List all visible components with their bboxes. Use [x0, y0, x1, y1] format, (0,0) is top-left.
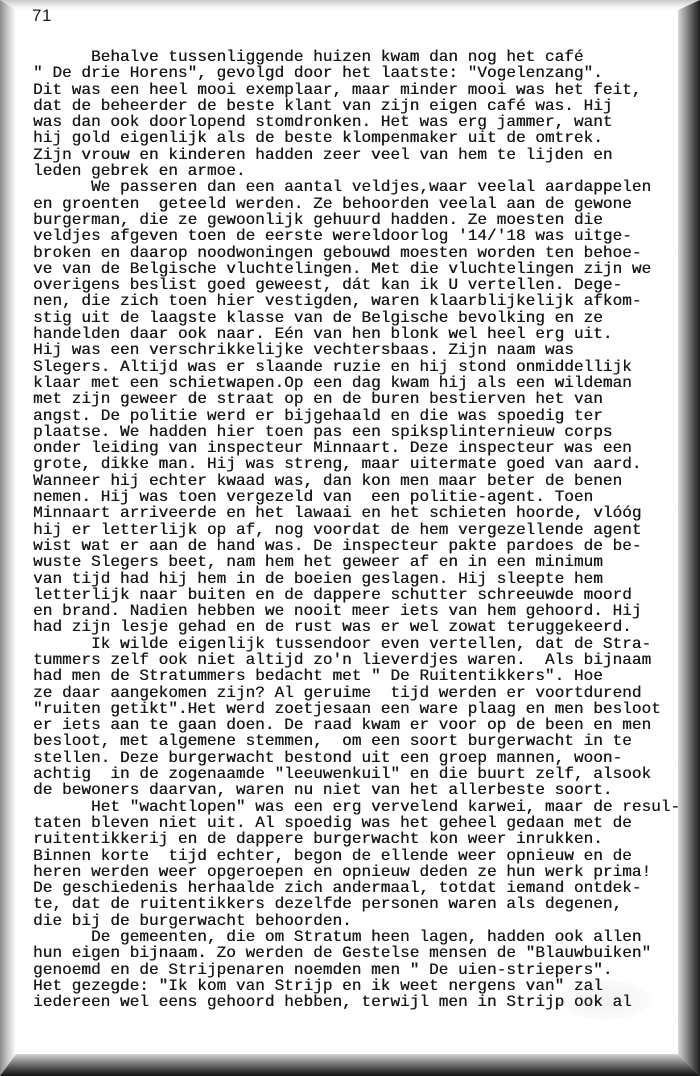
- text-line: wuste Slegers beet, nam hem het geweer a…: [33, 554, 673, 570]
- text-line: De gemeenten, die om Stratum heen lagen,…: [33, 929, 673, 945]
- text-line: ruitentikkerij en de dappere burgerwacht…: [33, 831, 673, 847]
- text-line: veldjes afgeven toen de eerste wereldoor…: [33, 228, 673, 244]
- text-line: Minnaart arriveerde en het lawaai en het…: [33, 505, 673, 521]
- text-line: Slegers. Altijd was er slaande ruzie en …: [33, 359, 673, 375]
- text-line: had zijn lesje gehad en de rust was er w…: [33, 619, 673, 635]
- text-line: stellen. Deze burgerwacht bestond uit ee…: [33, 750, 673, 766]
- text-line: hij gold eigenlijk als de beste klompenm…: [33, 130, 673, 146]
- text-line: overigens beslist goed geweest, dát kan …: [33, 277, 673, 293]
- text-line: "ruiten getikt".Het werd zoetjesaan een …: [33, 701, 673, 717]
- text-line: tummers zelf ook niet altijd zo'n liever…: [33, 652, 673, 668]
- document-page: 71 Behalve tussenliggende huizen kwam da…: [0, 0, 700, 1076]
- text-line: er iets aan te gaan doen. De raad kwam e…: [33, 717, 673, 733]
- text-line: en brand. Nadien hebben we nooit meer ie…: [33, 603, 673, 619]
- text-line: Het "wachtlopen" was een erg vervelend k…: [33, 799, 673, 815]
- text-line: leden gebrek en armoe.: [33, 163, 673, 179]
- text-line: " De drie Horens", gevolgd door het laat…: [33, 65, 673, 81]
- text-line: achtig in de zogenaamde "leeuwenkuil" en…: [33, 766, 673, 782]
- text-line: We passeren dan een aantal veldjes,waar …: [33, 179, 673, 195]
- text-line: nen, die zich toen hier vestigden, waren…: [33, 293, 673, 309]
- text-line: taten bleven niet uit. Al spoedig was he…: [33, 815, 673, 831]
- text-line: onder leiding van inspecteur Minnaart. D…: [33, 440, 673, 456]
- text-line: plaatse. We hadden hier toen pas een spi…: [33, 424, 673, 440]
- text-line: besloot, met algemene stemmen, om een so…: [33, 733, 673, 749]
- text-line: ze daar aangekomen zijn? Al geruime tijd…: [33, 685, 673, 701]
- text-line: broken en daarop noodwoningen gebouwd mo…: [33, 245, 673, 261]
- text-line: nemen. Hij was toen vergezeld van een po…: [33, 489, 673, 505]
- text-line: wist wat er aan de hand was. De inspecte…: [33, 538, 673, 554]
- text-line: hij er letterlijk op af, nog voordat de …: [33, 522, 673, 538]
- text-line: van tijd had hij hem in de boeien geslag…: [33, 571, 673, 587]
- frame-border-right: [678, 0, 700, 1076]
- text-line: dat de beheerder de beste klant van zijn…: [33, 98, 673, 114]
- frame-border-top: [0, 0, 700, 10]
- text-line: die bij de burgerwacht behoorden.: [33, 913, 673, 929]
- text-line: met zijn geweer de straat op en de buren…: [33, 391, 673, 407]
- text-line: hun eigen bijnaam. Zo werden de Gestelse…: [33, 945, 673, 961]
- text-line: handelden daar ook naar. Eén van hen blo…: [33, 326, 673, 342]
- text-line: Dit was een heel mooi exemplaar, maar mi…: [33, 82, 673, 98]
- text-line: heren werden weer opgeroepen en opnieuw …: [33, 864, 673, 880]
- text-line: en groenten geteeld werden. Ze behoorden…: [33, 196, 673, 212]
- text-line: was dan ook doorlopend stomdronken. Het …: [33, 114, 673, 130]
- text-line: Wanneer hij echter kwaad was, dan kon me…: [33, 473, 673, 489]
- text-line: klaar met een schietwapen.Op een dag kwa…: [33, 375, 673, 391]
- typewritten-text: Behalve tussenliggende huizen kwam dan n…: [33, 49, 673, 1011]
- text-line: stig uit de laagste klasse van de Belgis…: [33, 310, 673, 326]
- text-line: Hij was een verschrikkelijke vechtersbaa…: [33, 342, 673, 358]
- frame-border-bottom: [0, 1054, 700, 1076]
- text-line: letterlijk naar buiten en de dappere sch…: [33, 587, 673, 603]
- page-number: 71: [32, 6, 52, 26]
- text-line: burgerman, die ze gewoonlijk gehuurd had…: [33, 212, 673, 228]
- text-line: genoemd en de Strijpenaren noemden men "…: [33, 962, 673, 978]
- text-line: te, dat de ruitentikkers dezelfde person…: [33, 896, 673, 912]
- text-line: Zijn vrouw en kinderen hadden zeer veel …: [33, 147, 673, 163]
- text-line: grote, dikke man. Hij was streng, maar u…: [33, 456, 673, 472]
- text-line: iedereen wel eens gehoord hebben, terwij…: [33, 994, 673, 1010]
- text-line: De geschiedenis herhaalde zich andermaal…: [33, 880, 673, 896]
- text-line: angst. De politie werd er bijgehaald en …: [33, 408, 673, 424]
- text-line: ve van de Belgische vluchtelingen. Met d…: [33, 261, 673, 277]
- text-line: Binnen korte tijd echter, begon de ellen…: [33, 848, 673, 864]
- text-line: Het gezegde: "Ik kom van Strijp en ik we…: [33, 978, 673, 994]
- text-line: Ik wilde eigenlijk tussendoor even verte…: [33, 636, 673, 652]
- text-line: Behalve tussenliggende huizen kwam dan n…: [33, 49, 673, 65]
- frame-border-left: [0, 0, 16, 1076]
- text-line: had men de Stratummers bedacht met " De …: [33, 668, 673, 684]
- text-line: de bewoners daarvan, waren nu niet van h…: [33, 782, 673, 798]
